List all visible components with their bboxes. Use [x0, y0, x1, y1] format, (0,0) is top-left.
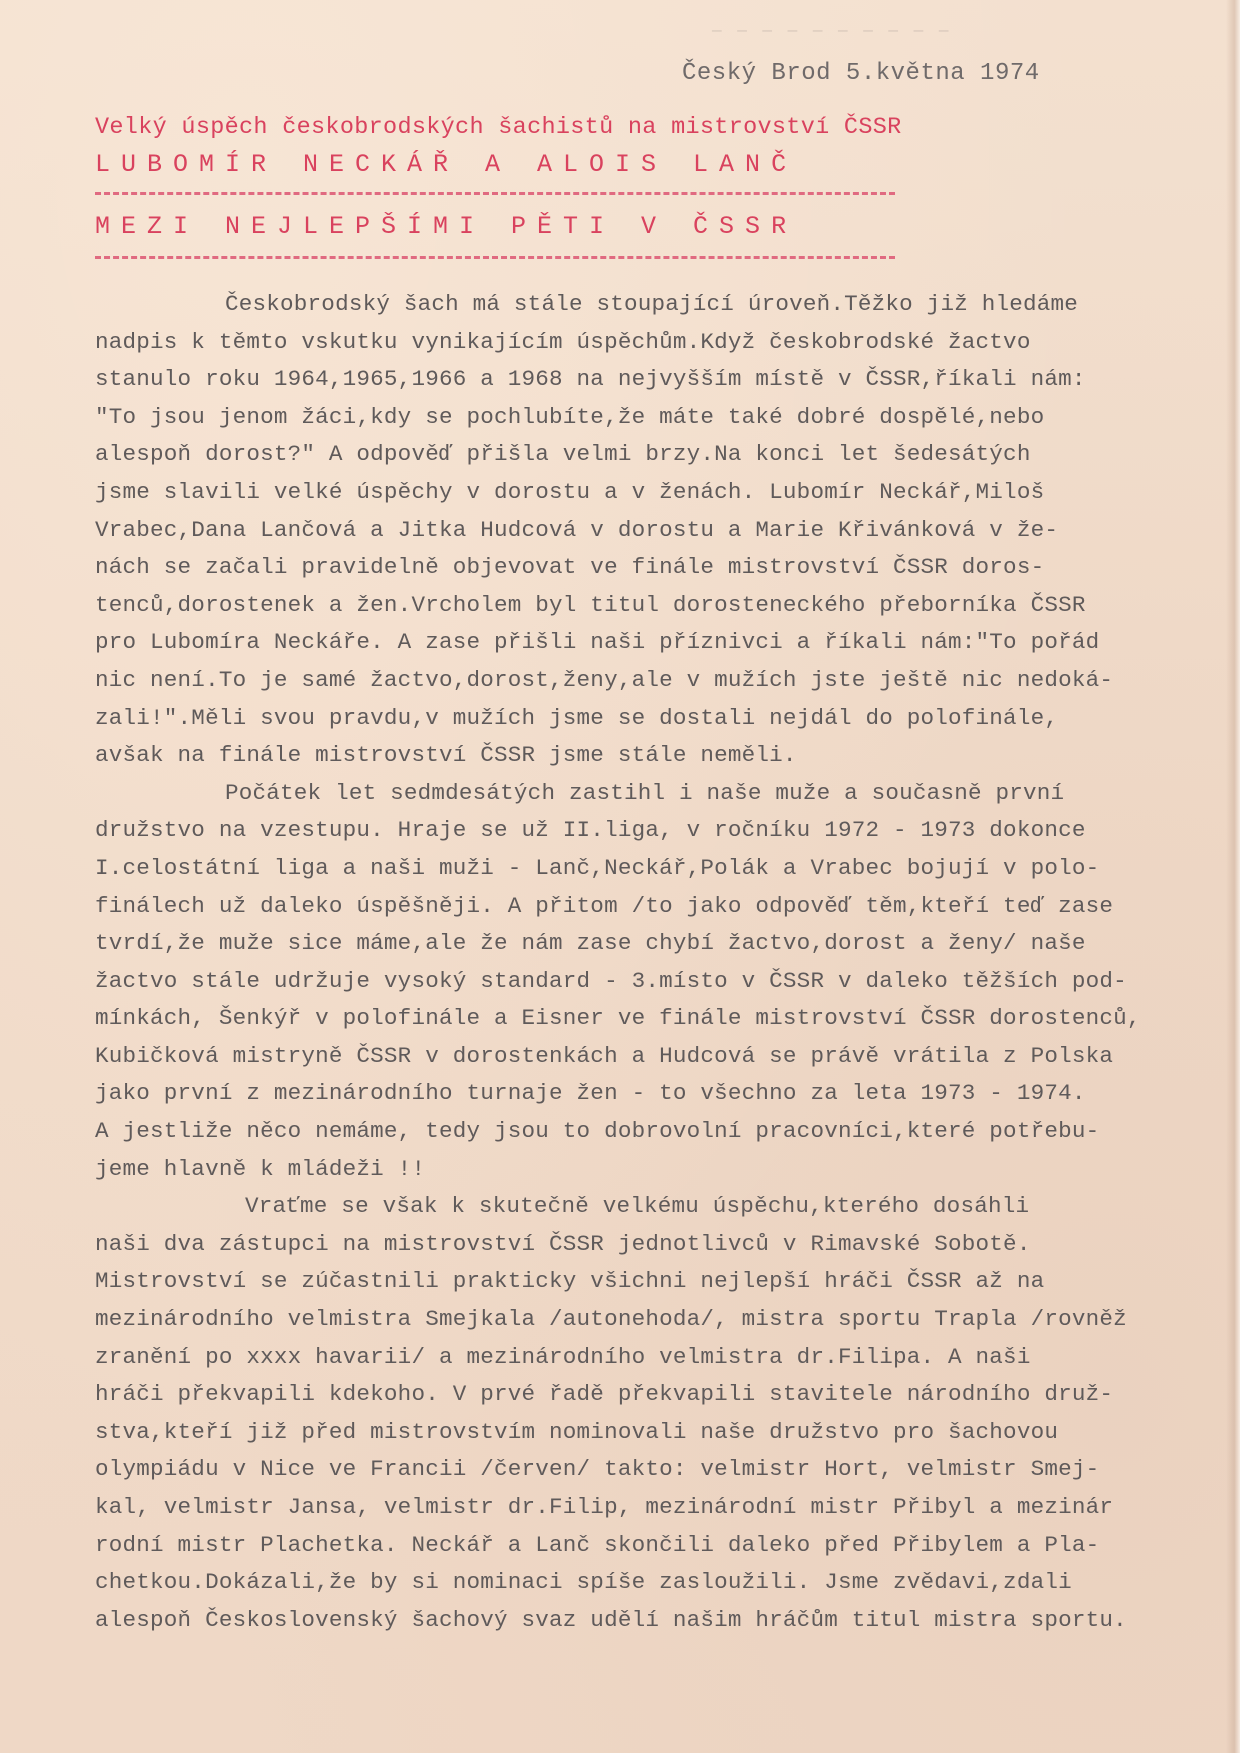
text-line: A jestliže něco nemáme, tedy jsou to dob… — [95, 1113, 1185, 1151]
text-line: "To jsou jenom žáci,kdy se pochlubíte,že… — [95, 399, 1185, 437]
text-line: nadpis k těmto vskutku vynikajícím úspěc… — [95, 324, 1185, 362]
text-line: jeme hlavně k mládeži !! — [95, 1151, 1185, 1189]
text-line: Mistrovství se zúčastnili prakticky všic… — [95, 1263, 1185, 1301]
text-line: alespoň Československý šachový svaz uděl… — [95, 1602, 1185, 1640]
paragraph: Vraťme se však k skutečně velkému úspěch… — [95, 1188, 1185, 1639]
text-line: stva,kteří již před mistrovstvím nominov… — [95, 1414, 1185, 1452]
text-line: nic není.To je samé žactvo,dorost,ženy,a… — [95, 662, 1185, 700]
text-line: tenců,dorostenek a žen.Vrcholem byl titu… — [95, 587, 1185, 625]
headline-names: LUBOMÍR NECKÁŘ A ALOIS LANČ — [95, 150, 797, 179]
faded-header-text: — — — — — — — — — — — [712, 22, 951, 40]
text-line: finálech už daleko úspěšněji. A přitom /… — [95, 888, 1185, 926]
headline-subtitle: Velký úspěch českobrodských šachistů na … — [95, 114, 902, 141]
text-line: družstvo na vzestupu. Hraje se už II.lig… — [95, 812, 1185, 850]
date-line: Český Brod 5.května 1974 — [682, 60, 1040, 87]
text-line: avšak na finále mistrovství ČSSR jsme st… — [95, 737, 1185, 775]
text-line: pro Lubomíra Neckáře. A zase přišli naši… — [95, 624, 1185, 662]
text-line: stanulo roku 1964,1965,1966 a 1968 na ne… — [95, 361, 1185, 399]
text-line: jsme slavili velké úspěchy v dorostu a v… — [95, 474, 1185, 512]
paragraph: Českobrodský šach má stále stoupající úr… — [95, 286, 1185, 775]
paragraph: Počátek let sedmdesátých zastihl i naše … — [95, 775, 1185, 1189]
text-line: rodní mistr Plachetka. Neckář a Lanč sko… — [95, 1527, 1185, 1565]
text-line: chetkou.Dokázali,že by si nominaci spíše… — [95, 1564, 1185, 1602]
text-line: Vraťme se však k skutečně velkému úspěch… — [95, 1188, 1185, 1226]
text-line: mínkách, Šenkýř v polofinále a Eisner ve… — [95, 1000, 1185, 1038]
text-line: žactvo stále udržuje vysoký standard - 3… — [95, 963, 1185, 1001]
headline-underline — [95, 256, 895, 259]
text-line: zranění po xxxx havarii/ a mezinárodního… — [95, 1339, 1185, 1377]
text-line: nách se začali pravidelně objevovat ve f… — [95, 549, 1185, 587]
text-line: Českobrodský šach má stále stoupající úr… — [95, 286, 1185, 324]
text-line: I.celostátní liga a naši muži - Lanč,Nec… — [95, 850, 1185, 888]
text-line: alespoň dorost?" A odpověď přišla velmi … — [95, 436, 1185, 474]
text-line: hráči překvapili kdekoho. V prvé řadě př… — [95, 1376, 1185, 1414]
paper-edge — [1226, 0, 1240, 1753]
headline-underline — [95, 192, 895, 195]
paper-page: — — — — — — — — — — Český Brod 5.května … — [0, 0, 1240, 1753]
text-line: Vrabec,Dana Lančová a Jitka Hudcová v do… — [95, 512, 1185, 550]
text-line: Kubičková mistryně ČSSR v dorostenkách a… — [95, 1038, 1185, 1076]
text-line: Počátek let sedmdesátých zastihl i naše … — [95, 775, 1185, 813]
text-line: jako první z mezinárodního turnaje žen -… — [95, 1075, 1185, 1113]
text-line: tvrdí,že muže sice máme,ale že nám zase … — [95, 925, 1185, 963]
text-line: mezinárodního velmistra Smejkala /autone… — [95, 1301, 1185, 1339]
article-body: Českobrodský šach má stále stoupající úr… — [95, 286, 1185, 1639]
text-line: kal, velmistr Jansa, velmistr dr.Filip, … — [95, 1489, 1185, 1527]
headline-main: MEZI NEJLEPŠÍMI PĚTI V ČSSR — [95, 212, 797, 241]
text-line: naši dva zástupci na mistrovství ČSSR je… — [95, 1226, 1185, 1264]
text-line: zali!".Měli svou pravdu,v mužích jsme se… — [95, 700, 1185, 738]
text-line: olympiádu v Nice ve Francii /červen/ tak… — [95, 1451, 1185, 1489]
